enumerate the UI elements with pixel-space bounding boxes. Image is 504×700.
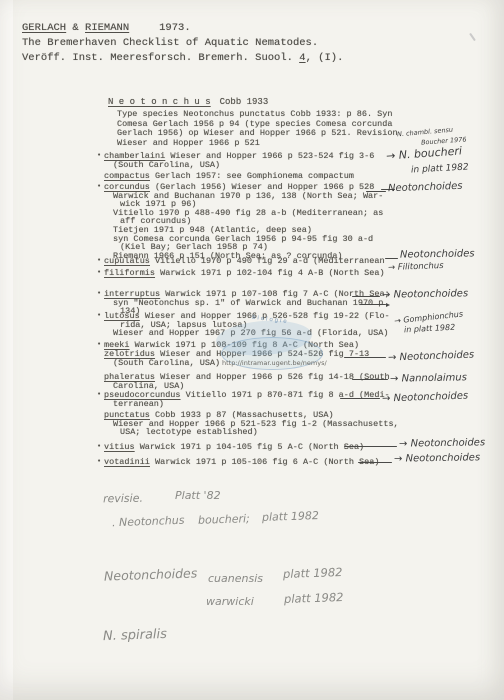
species-entry-cupulatus: • cupulatus Vitiello 1970 p 490 fig 29 a…	[96, 257, 408, 266]
margin-line	[344, 446, 397, 447]
reference-line: Carolina, USA)	[113, 382, 408, 391]
bottom-note: platt 1982	[284, 590, 344, 606]
margin-note: in platt 1982	[411, 162, 469, 175]
bullet-dot: •	[97, 443, 101, 452]
species-entry-compactus: compactus Gerlach 1957: see Gomphionema …	[96, 172, 408, 181]
journal-line: Veröff. Inst. Meeresforsch. Bremerh. Suo…	[22, 51, 343, 66]
pencil-corner-mark	[469, 33, 476, 42]
reference-line: USA; lectotype established)	[120, 428, 408, 437]
reference-line: (South Carolina, USA)	[113, 161, 408, 170]
note-line: Wieser and Hopper 1966 p 521	[117, 139, 407, 149]
species-entry-chamberlaini: • chamberlaini Wieser and Hopper 1966 p …	[96, 152, 408, 169]
margin-line	[366, 191, 386, 192]
bullet-dot: •	[97, 341, 101, 350]
document-title: The Bremerhaven Checklist of Aquatic Nem…	[22, 36, 343, 51]
bullet-dot: •	[97, 290, 101, 299]
document-header: GERLACH & RIEMANN1973. The Bremerhaven C…	[22, 21, 343, 67]
margin-line	[352, 296, 380, 297]
margin-line	[358, 462, 392, 463]
species-reference: Warwick 1971 p 104-105 fig 5 A-C (North …	[135, 442, 365, 452]
bullet-dot: •	[97, 152, 101, 161]
species-reference: Vitiello 1970 p 490 fig 29 a-d (Mediterr…	[150, 256, 385, 266]
species-entry-vitius: • vitius Warwick 1971 p 104-105 fig 5 A-…	[96, 443, 408, 452]
publication-year: 1973.	[159, 22, 191, 34]
bottom-note: cuanensis	[208, 572, 263, 585]
bottom-note: boucheri;	[198, 512, 250, 527]
reference-line: syn "Neotonchus sp. 1" of Warwick and Bu…	[113, 299, 408, 308]
margin-line	[340, 398, 380, 399]
bullet-dot: •	[97, 269, 101, 278]
species-name: compactus	[104, 171, 150, 181]
genus-name: N e o t o n c h u s	[108, 97, 211, 107]
margin-note: → Neotonchoides	[382, 391, 468, 405]
watermark-url: http://intramar.ugent.be/nemys/	[222, 359, 327, 367]
genus-heading: N e o t o n c h u sCobb 1933	[108, 97, 268, 107]
species-name: votadinii	[104, 457, 150, 467]
bottom-note: N. spiralis	[103, 627, 167, 644]
species-entry-filiformis: • filiformis Warwick 1971 p 102-104 fig …	[96, 269, 408, 278]
journal-issue: , (I).	[306, 52, 344, 64]
arrow-head	[386, 303, 390, 307]
bullet-dot: •	[97, 257, 101, 266]
species-name: cupulatus	[104, 256, 150, 266]
species-reference: Warwick 1971 p 102-104 fig 4 A-B (North …	[155, 268, 385, 278]
margin-note: in platt 1982	[404, 323, 456, 335]
species-entry-phaleratus: phaleratus Wieser and Hopper 1966 p 526 …	[96, 373, 408, 390]
bottom-note: Neotonchoides	[104, 565, 198, 583]
bullet-dot: •	[97, 458, 101, 467]
margin-note: → Neotonchoides	[388, 350, 474, 364]
genus-authority: Cobb 1933	[220, 97, 269, 107]
type-species-note: Type species Neotonchus punctatus Cobb 1…	[117, 110, 407, 148]
ampersand: &	[66, 22, 85, 34]
species-reference: Wieser and Hopper 1966 p 526 fig 14-18 (…	[155, 372, 390, 382]
margin-note: Neotonchoides	[400, 248, 475, 260]
scan-edge-strip	[0, 0, 13, 700]
bullet-dot: •	[97, 183, 101, 192]
journal-name: Veröff. Inst. Meeresforsch. Bremerh. Suo…	[22, 52, 299, 64]
species-entry-punctatus: punctatus Cobb 1933 p 87 (Massachusetts,…	[96, 411, 408, 437]
species-name: filiformis	[104, 268, 155, 278]
margin-note: → Neotonchoides	[382, 288, 468, 301]
margin-note: Neotonchoides	[388, 181, 463, 195]
authors-line: GERLACH & RIEMANN1973.	[22, 21, 343, 36]
bottom-note: warwicki	[206, 595, 254, 608]
author-name: GERLACH	[22, 22, 66, 34]
bottom-note: Platt '82	[175, 489, 221, 502]
margin-note: → Nannolaimus	[390, 372, 467, 384]
species-reference: Warwick 1971 p 105-106 fig 6 A-C (North …	[150, 457, 380, 467]
bottom-note: . Neotonchus	[112, 514, 185, 530]
bullet-dot: •	[97, 312, 101, 321]
margin-line	[385, 258, 398, 259]
species-entry-pseudocorcundus: • pseudocorcundus Vitiello 1971 p 870-87…	[96, 391, 408, 408]
reference-line: terranean)	[113, 400, 408, 409]
bottom-note: platt 1982	[262, 509, 319, 524]
bullet-dot: •	[97, 391, 101, 400]
margin-note: → Filitonchus	[388, 261, 444, 273]
margin-note: → Neotonchoides	[399, 437, 485, 450]
margin-line	[352, 379, 388, 380]
margin-note: → Neotonchoides	[394, 452, 480, 465]
bottom-note: platt 1982	[283, 565, 343, 581]
species-reference: Gerlach 1957: see Gomphionema compactum	[150, 171, 354, 181]
author-name: RIEMANN	[85, 22, 129, 34]
species-name: vitius	[104, 442, 135, 452]
scanned-document-page: GERLACH & RIEMANN1973. The Bremerhaven C…	[0, 0, 504, 700]
species-entry-corcundus: • corcundus (Gerlach 1956) Wieser and Ho…	[96, 183, 408, 260]
bottom-note: revisie.	[103, 492, 143, 506]
margin-line	[360, 304, 386, 305]
margin-line	[344, 357, 386, 358]
